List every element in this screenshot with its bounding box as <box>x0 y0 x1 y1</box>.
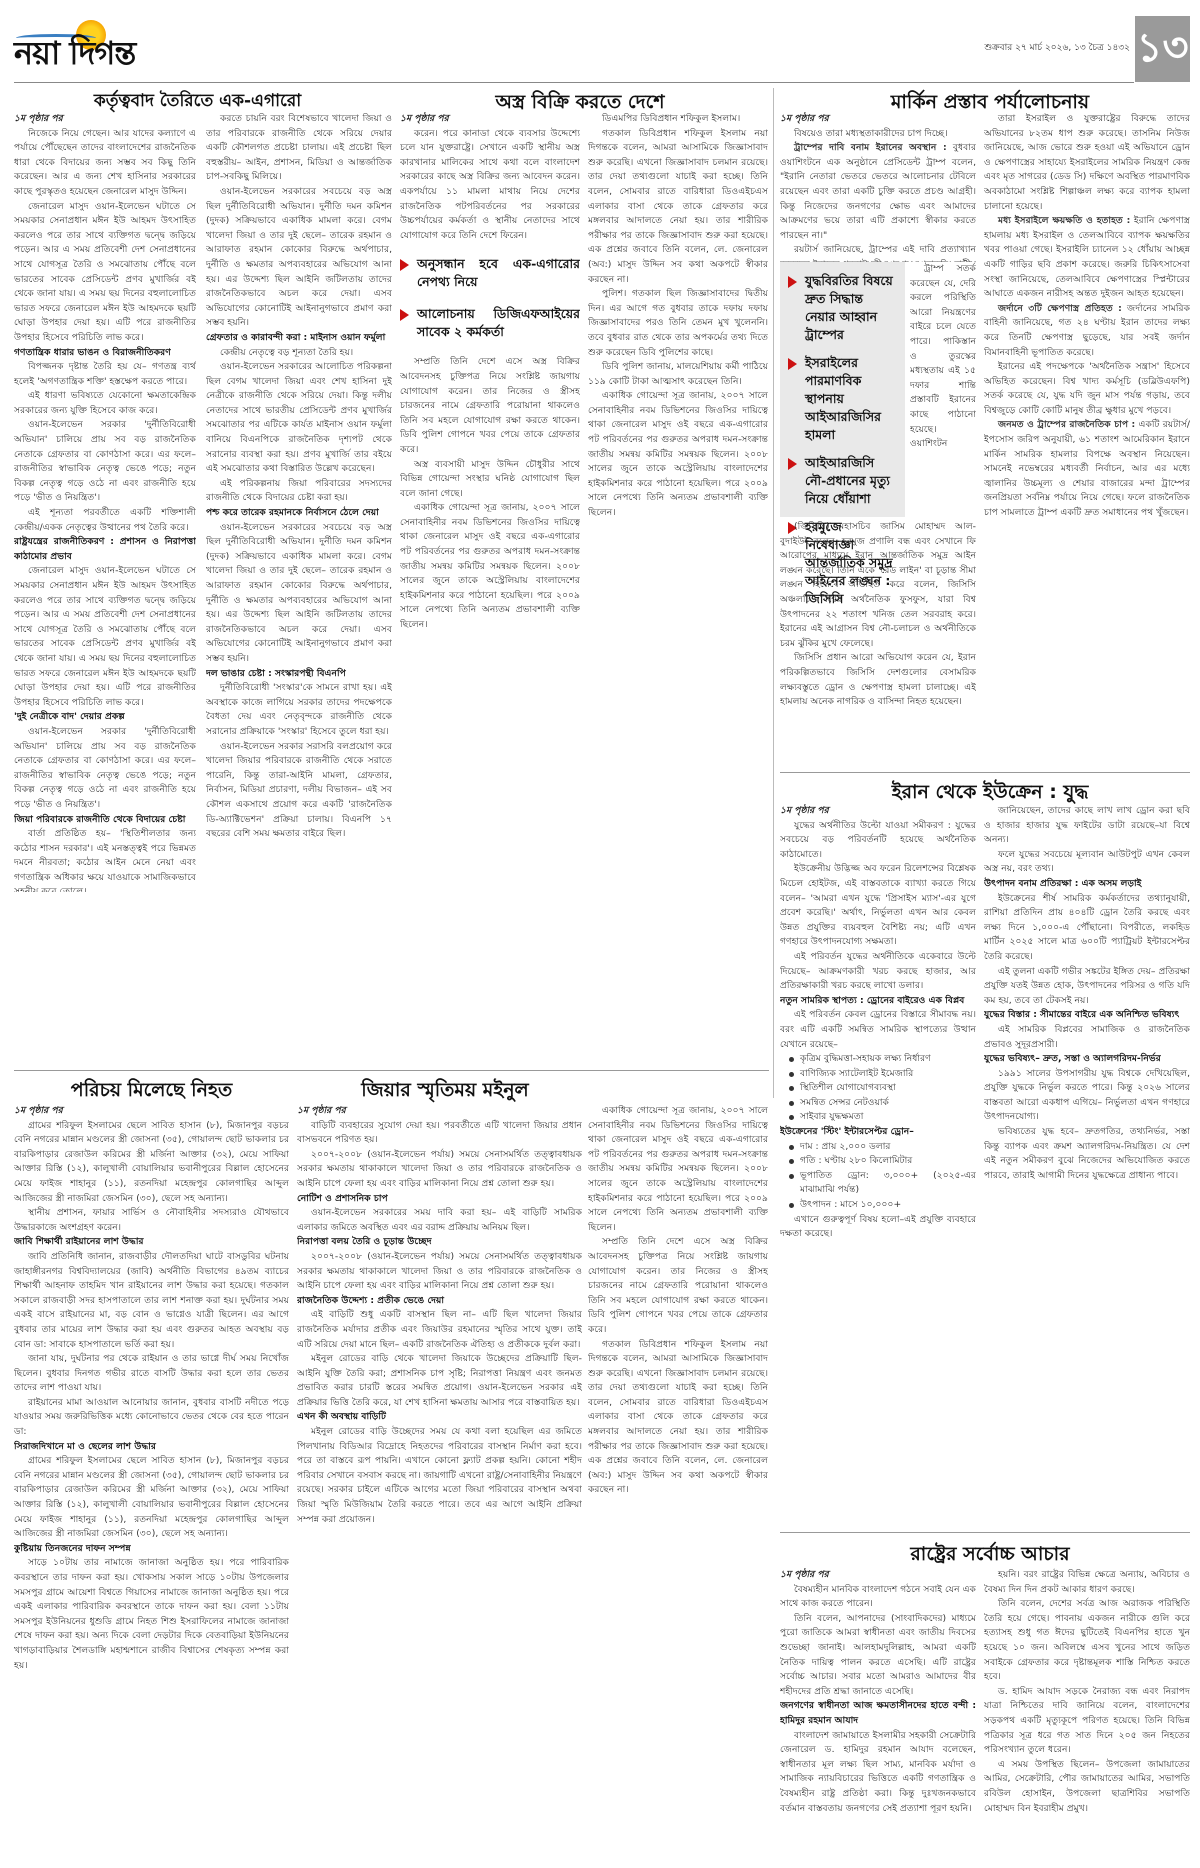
paragraph: জেনারেল মাসুদ ওয়ান-ইলেভেন ঘটাতে সে সময়… <box>14 200 196 346</box>
article-3-col-1: ১ম পৃষ্ঠার পর বিষয়েও তারা মধ্যস্থতাকারী… <box>780 112 976 262</box>
bullet-item: স্থিতিশীল যোগাযোগব্যবস্থা <box>800 1081 976 1096</box>
paragraph: বিপজ্জনক দৃষ্টান্ত তৈরি হয় যে– গণতন্ত্র… <box>14 360 196 389</box>
pull-quote-item: যুদ্ধবিরতির বিষয়ে দ্রুত সিদ্ধান্ত নেয়া… <box>788 272 895 344</box>
subheading: পশ্চ করে তারেক রহমানকে নির্বাসনে ঠেলে দে… <box>206 506 392 521</box>
paragraph: অস্ত্র ব্যবসায়ী মাসুদ উদ্দিন চৌধুরীর সা… <box>400 458 580 502</box>
paragraph: এই পরিকল্পনায় জিয়া পরিবারের সদস্যদের র… <box>206 477 392 506</box>
paragraph: স্থানীয় প্রশাসন, ফায়ার সার্ভিস ও নৌবাহ… <box>14 1206 289 1235</box>
paragraph: বাড়িটি ব্যবহারের সুযোগ দেয়া হয়। পরবর্… <box>297 1119 582 1148</box>
paragraph: গ্রামের শরিফুল ইসলামের ছেলে সাবিত হাসান … <box>14 1454 289 1542</box>
paragraph: মইনুল রোডের বাড়ি উচ্ছেদের সময় যে কথা ব… <box>297 1425 582 1527</box>
paragraph: ২০০৭-২০০৮ (ওয়ান-ইলেভেন পর্যায়) সময়ে স… <box>297 1250 582 1294</box>
paragraph: কেন্দ্রীয় নেতৃত্বে বড় শূন্যতা তৈরি হয়… <box>206 346 392 361</box>
paragraph: গতকাল ডিবিপ্রধান শফিকুল ইসলাম নয়া দিগন্… <box>588 127 768 288</box>
subheading: উৎপাদন বনাম প্রতিরক্ষা : এক অসম লড়াই <box>984 877 1190 892</box>
newspaper-logo[interactable]: নয়া দিগন্ত <box>14 18 204 68</box>
subheading: যুদ্ধের ভবিষ্যৎ– দ্রুত, সস্তা ও অ্যালগরি… <box>984 1052 1190 1067</box>
paragraph: ১৯৯১ সালের উপসাগরীয় যুদ্ধ বিশ্বকে দেখিয… <box>984 1067 1190 1125</box>
paragraph: রাইয়ানের মামা আওয়াল আনোয়ার জানান, বুধ… <box>14 1396 289 1440</box>
subheading: গ্রেফতার ও কারাবন্দী করা : মাইনাস ওয়ান … <box>206 331 392 346</box>
page-number: ১৩ <box>1135 16 1190 82</box>
paragraph: এই শূন্যতা পরবর্তীতে একটি শক্তিশালী কেন্… <box>14 506 196 535</box>
red-triangle-icon <box>400 259 409 271</box>
paragraph: এই ধারণা ভবিষ্যতে যেকোনো ক্ষমতাকেন্দ্রিক… <box>14 389 196 418</box>
paragraph: ওয়ান-ইলেভেন সরকার সরাসরি বলপ্রয়োগ করে … <box>206 740 392 842</box>
paragraph: ফলে যুদ্ধের সবচেয়ে মূল্যবান আউটপুট এখন … <box>984 848 1190 877</box>
paragraph: রয়টার্স জানিয়েছে, ট্রাম্পের এই দাবি প্… <box>780 243 976 262</box>
paragraph: একাধিক গোয়েন্দা সূত্র জানায়, ২০০৭ সালে… <box>588 389 768 520</box>
paragraph: যুদ্ধের অর্থনীতির উল্টো যাওয়া সমীকরণ : … <box>780 819 976 863</box>
paragraph: একাধিক গোয়েন্দা সূত্র জানায়, ২০০৭ সালে… <box>588 1104 768 1235</box>
paragraph: ইউক্রেনের শীর্ষ সামরিক কর্মকর্তাদের তথ্য… <box>984 892 1190 965</box>
paragraph: ওয়ান-ইলেভেন সরকারের সময় দাবি করা হয়– … <box>297 1206 582 1235</box>
paragraph: এই বাড়িটি শুধু একটি বাসস্থান ছিল না– এট… <box>297 1308 582 1352</box>
paragraph: গ্রামের শরিফুল ইসলামের ছেলে সাবিত হাসান … <box>14 1119 289 1207</box>
subheading: সিরাজদিখানে মা ও ছেলের লাশ উদ্ধার <box>14 1440 289 1455</box>
paragraph: সম্প্রতি তিনি দেশে এসে অস্ত্র বিক্রির আব… <box>400 355 580 457</box>
section-divider <box>14 1070 769 1071</box>
red-triangle-icon <box>788 358 797 370</box>
paragraph: ট্রাম্প সতর্ক করেছেন যে, দেরি করলে পরিস্… <box>910 262 976 452</box>
paragraph: ওয়ান-ইলেভেন সরকারের সবচেয়ে বড় অস্ত্র … <box>206 521 392 667</box>
article-4-col-2: জানিয়েছেন, তাদের কাছে লাখ লাখ ড্রোন করা… <box>984 804 1190 1524</box>
article-2-col-1: ১ম পৃষ্ঠার পর করেন। পরে কানাডা থেকে ব্যব… <box>400 112 580 892</box>
paragraph: জেনারেল মাসুদ ওয়ান-ইলেভেন ঘটাতে সে সময়… <box>14 564 196 710</box>
subheading: জাবি শিক্ষার্থী রাইয়ানের লাশ উদ্ধার <box>14 1235 289 1250</box>
pull-quote-box: যুদ্ধবিরতির বিষয়ে দ্রুত সিদ্ধান্ত নেয়া… <box>780 262 905 517</box>
paragraph: নিজেকে নিয়ে গেছেন। আর যাদের কল্যাণে এ প… <box>14 127 196 200</box>
article-2-col-2: ডিএমপির ডিবিপ্রধান শফিকুল ইসলাম। গতকাল ড… <box>588 112 768 892</box>
red-triangle-icon <box>400 309 409 321</box>
subheading: রাজনৈতিক উদ্দেশ্য : প্রতীক ভেঙে দেয়া <box>297 1294 582 1309</box>
paragraph: জানিয়েছেন, তাদের কাছে লাখ লাখ ড্রোন করা… <box>984 804 1190 848</box>
paragraph: জিসিসি প্রধান আরো অভিযোগ করেন যে, ইরান প… <box>780 651 976 709</box>
paragraph: তিনি বলেন, আপনাদের (সাংবাদিকদের) মাধ্যমে… <box>780 1612 976 1700</box>
paragraph: ইউক্রেনীয় উদ্ভিজ্জ অব ফরেন রিলেশন্সের ব… <box>780 862 976 950</box>
subheading: যুদ্ধের বিস্তার : সীমান্তের বাইরে এক অনি… <box>984 1008 1190 1023</box>
paragraph: তারা ইসরাইল ও যুক্তরাষ্ট্রের বিরুদ্ধে তা… <box>984 112 1190 214</box>
subheading: জর্দানে ৩টি ক্ষেপণাস্ত্র প্রতিহত : <box>998 303 1122 314</box>
red-triangle-icon <box>788 458 797 470</box>
pull-quote-item: আইআরজিসি নৌ-প্রধানের মৃত্যু নিয়ে ধোঁয়া… <box>788 454 895 508</box>
spec-item: ভূপাতিত ড্রোন: ৩,০০০+ (২০২৫-এর মাঝামাঝি … <box>800 1169 976 1198</box>
subheading: নিরাপত্তা বলয় তৈরি ও চূড়ান্ত উচ্ছেদ <box>297 1235 582 1250</box>
paragraph: করেন। পরে কানাডা থেকে ব্যবসার উদ্দেশ্যে … <box>400 127 580 244</box>
subheading: ট্রাম্পের দাবি বনাম ইরানের অবস্থান : <box>794 142 947 153</box>
article-5-body: ১ম পৃষ্ঠার পর গ্রামের শরিফুল ইসলামের ছেল… <box>14 1104 289 1860</box>
section-divider <box>780 1532 1190 1533</box>
paragraph: বার্তা প্রতিষ্ঠিত হয়– 'স্থিতিশীলতার জন্… <box>14 827 196 892</box>
spec-item: দাম : প্রায় ২,০০০ ডলার <box>800 1140 976 1155</box>
subheading: নোটিশ ও প্রশাসনিক চাপ <box>297 1192 582 1207</box>
kicker: ১ম পৃষ্ঠার পর <box>780 112 976 127</box>
subheading: নতুন সামরিক স্থাপত্য : ড্রোনের বাইরেও এক… <box>780 994 976 1009</box>
paragraph: এই পরিবর্তন কেবল ড্রোনের বিস্তারে সীমাবদ… <box>780 1008 976 1052</box>
column-divider <box>773 88 774 1098</box>
article-1-col-1: ১ম পৃষ্ঠার পর নিজেকে নিয়ে গেছেন। আর যাদ… <box>14 112 196 892</box>
pull-quote-item: ইসরাইলের পারমাণবিক স্থাপনায় আইআরজিসির হ… <box>788 354 895 444</box>
paragraph: ওয়ান-ইলেভেন সরকারের আলোচিত পরিকল্পনা ছি… <box>206 360 392 477</box>
subheading: গণতান্ত্রিক ধারার ভাঙন ও বিরাজনীতিকরণ <box>14 346 196 361</box>
spec-item: উৎপাদন : মাসে ১০,০০০+ <box>800 1198 976 1213</box>
article-6-body: ১ম পৃষ্ঠার পর বাড়িটি ব্যবহারের সুযোগ দে… <box>297 1104 582 1860</box>
paragraph: ওয়ান-ইলেভেন সরকার 'দুর্নীতিবিরোধী অভিযা… <box>14 725 196 813</box>
article-7-col-2: হয়নি। বরং রাষ্ট্রের বিভিন্ন ক্ষেত্রে অন… <box>984 1568 1190 1858</box>
article-7-col-1: ১ম পৃষ্ঠার পর বৈষম্যহীন মানবিক বাংলাদেশ … <box>780 1568 976 1858</box>
paragraph: ডিবি পুলিশ জানায়, মালয়েশিয়ায় কর্মী প… <box>588 360 768 389</box>
paragraph: তিনি বলেন, দেশের সর্বত্র আজ অরাজক পরিস্থ… <box>984 1597 1190 1685</box>
article-2-continued: একাধিক গোয়েন্দা সূত্র জানায়, ২০০৭ সালে… <box>588 1104 768 1860</box>
paragraph: এই তুলনা একটি গভীর সঙ্কটের ইঙ্গিত দেয়– … <box>984 965 1190 1009</box>
dateline: শুক্রবার ২৭ মার্চ ২০২৬, ১৩ চৈত্র ১৪৩২ <box>984 40 1130 55</box>
article-3-col-1-lower: (জিসিসি) মহাসচিব জাসিম মোহাম্মদ আল-বুদাই… <box>780 520 976 770</box>
paragraph: গতকাল ডিবিপ্রধান শফিকুল ইসলাম নয়া দিগন্… <box>588 1338 768 1499</box>
subheading: রাষ্ট্রযন্ত্রের রাজনীতিকরণ : প্রশাসন ও ন… <box>14 535 196 564</box>
paragraph: বৈষম্যহীন মানবিক বাংলাদেশ গঠনে সবাই যেন … <box>780 1583 976 1612</box>
subheading: জনগণের স্বাধীনতা আজ ক্ষমতাসীনদের হাতে বন… <box>780 1699 976 1728</box>
paragraph: (জিসিসি) মহাসচিব জাসিম মোহাম্মদ আল-বুদাই… <box>780 520 976 651</box>
paragraph: হয়নি। বরং রাষ্ট্রের বিভিন্ন ক্ষেত্রে অন… <box>984 1568 1190 1597</box>
paragraph: বিষয়েও তারা মধ্যস্থতাকারীদের চাপ দিচ্ছে… <box>780 127 976 142</box>
subheading: জিয়া পরিবারকে রাজনীতি থেকে বিদায়ের চেষ… <box>14 813 196 828</box>
section-divider <box>780 772 1190 773</box>
article-3-col-1-narrow: ট্রাম্প সতর্ক করেছেন যে, দেরি করলে পরিস্… <box>910 262 976 517</box>
paragraph: একাধিক গোয়েন্দা সূত্র জানায়, ২০০৭ সালে… <box>400 501 580 632</box>
paragraph: সাড়ে ১০টায় তার নামাজে জানাজা অনুষ্ঠিত … <box>14 1556 289 1673</box>
masthead: নয়া দিগন্ত শুক্রবার ২৭ মার্চ ২০২৬, ১৩ চ… <box>0 0 1200 90</box>
kicker: ১ম পৃষ্ঠার পর <box>780 1568 976 1583</box>
paragraph: এই পরিবর্তন যুদ্ধের অর্থনীতিকে একেবারে উ… <box>780 950 976 994</box>
bullet-item: কৃত্রিম বুদ্ধিমত্তা-সহায়ক লক্ষ্য নির্ধা… <box>800 1052 976 1067</box>
article-3-col-2: তারা ইসরাইল ও যুক্তরাষ্ট্রের বিরুদ্ধে তা… <box>984 112 1190 770</box>
paragraph: জাবি প্রতিনিধি জানান, রাজবাড়ীর দৌলতদিয়… <box>14 1250 289 1352</box>
spec-list: দাম : প্রায় ২,০০০ ডলার গতি : ঘণ্টায় ২৮… <box>780 1140 976 1213</box>
article-4-col-1: ১ম পৃষ্ঠার পর যুদ্ধের অর্থনীতির উল্টো যা… <box>780 804 976 1524</box>
subheading: 'দুই নেত্রীকে বাদ' দেয়ার প্রকল্প <box>14 710 196 725</box>
masthead-divider <box>14 82 1134 83</box>
subheading: দল ভাঙার চেষ্টা : সংস্কারপন্থী বিএনপি <box>206 667 392 682</box>
bullet-item: সাইবার যুদ্ধক্ষমতা <box>800 1110 976 1125</box>
paragraph: ওয়ান-ইলেভেন সরকার 'দুর্নীতিবিরোধী অভিযা… <box>14 418 196 506</box>
paragraph: সম্প্রতি তিনি দেশে এসে অস্ত্র বিক্রির আব… <box>588 1235 768 1337</box>
kicker: ১ম পৃষ্ঠার পর <box>14 112 196 127</box>
subheading: কুষ্টিয়ায় তিনজনের দাফন সম্পন্ন <box>14 1542 289 1557</box>
kicker: ১ম পৃষ্ঠার পর <box>780 804 976 819</box>
pull-quote-box: অনুসন্ধান হবে এক-এগারোর নেপথ্য নিয়ে আলো… <box>400 255 580 341</box>
article-1-col-2: করতে চায়নি বরং বিশেষভাবে খালেদা জিয়া ও… <box>206 112 392 892</box>
spec-item: গতি : ঘণ্টায় ২৮০ কিলোমিটার <box>800 1154 976 1169</box>
paragraph: করতে চায়নি বরং বিশেষভাবে খালেদা জিয়া ও… <box>206 112 392 185</box>
paragraph: ড. হামিদ আযাদ সড়কে নৈরাজ্য বন্ধ এবং নির… <box>984 1685 1190 1758</box>
bullet-item: সমন্বিত সেন্সর নেটওয়ার্ক <box>800 1096 976 1111</box>
paragraph: দুর্নীতিবিরোধী 'সংস্কার'কে সামনে রাখা হয… <box>206 681 392 739</box>
paragraph: এই সামরিক বিপ্লবের সামাজিক ও রাজনৈতিক প্… <box>984 1023 1190 1052</box>
pull-quote-item: আলোচনায় ডিজিএফআইয়ের সাবেক ২ কর্মকর্তা <box>400 305 580 341</box>
subheading: ইউক্রেনের 'স্টিং' ইন্টারসেপ্টর ড্রোন– <box>780 1125 976 1140</box>
red-triangle-icon <box>788 276 797 288</box>
paragraph: এ সময় উপস্থিত ছিলেন– উপজেলা জামায়াতের … <box>984 1758 1190 1816</box>
kicker: ১ম পৃষ্ঠার পর <box>297 1104 582 1119</box>
paragraph: পুলিশ। গতকাল ছিল জিজ্ঞাসাবাদের দ্বিতীয় … <box>588 287 768 360</box>
subheading: জনমত ও ট্রাম্পের রাজনৈতিক চাপ : <box>998 419 1135 430</box>
paragraph: ইরানের এই পদক্ষেপকে 'অর্থনৈতিক সন্ত্রাস'… <box>984 360 1190 418</box>
subheading: এখন কী অবস্থায় বাড়িটি <box>297 1410 582 1425</box>
bullet-item: বাণিজ্যিক স্যাটেলাইট ইমেজারি <box>800 1067 976 1082</box>
kicker: ১ম পৃষ্ঠার পর <box>400 112 580 127</box>
paragraph: ওয়ান-ইলেভেন সরকারের সবচেয়ে বড় অস্ত্র … <box>206 185 392 331</box>
paragraph: বাংলাদেশ জামায়াতে ইসলামীর সহকারী সেক্রে… <box>780 1729 976 1817</box>
pull-quote-item: অনুসন্ধান হবে এক-এগারোর নেপথ্য নিয়ে <box>400 255 580 291</box>
paragraph: ডিএমপির ডিবিপ্রধান শফিকুল ইসলাম। <box>588 112 768 127</box>
logo-text: নয়া দিগন্ত <box>14 28 135 82</box>
bullet-list: কৃত্রিম বুদ্ধিমত্তা-সহায়ক লক্ষ্য নির্ধা… <box>780 1052 976 1125</box>
paragraph: ২০০৭-২০০৮ (ওয়ান-ইলেভেন পর্যায়) সময়ে স… <box>297 1148 582 1192</box>
subheading: মধ্য ইসরাইলে ক্ষয়ক্ষতি ও হতাহত : <box>998 215 1130 226</box>
paragraph: ভবিষ্যতের যুদ্ধ হবে– দ্রুতগতির, তথ্যনির্… <box>984 1125 1190 1183</box>
paragraph: জানা যায়, দুর্ঘটনার পর থেকে রাইয়ান ও ত… <box>14 1352 289 1396</box>
paragraph: মইনুল রোডের বাড়ি থেকে খালেদা জিয়াকে উচ… <box>297 1352 582 1410</box>
kicker: ১ম পৃষ্ঠার পর <box>14 1104 289 1119</box>
paragraph: এখানে গুরুত্বপূর্ণ বিষয় হলো–এই প্রযুক্ত… <box>780 1213 976 1242</box>
